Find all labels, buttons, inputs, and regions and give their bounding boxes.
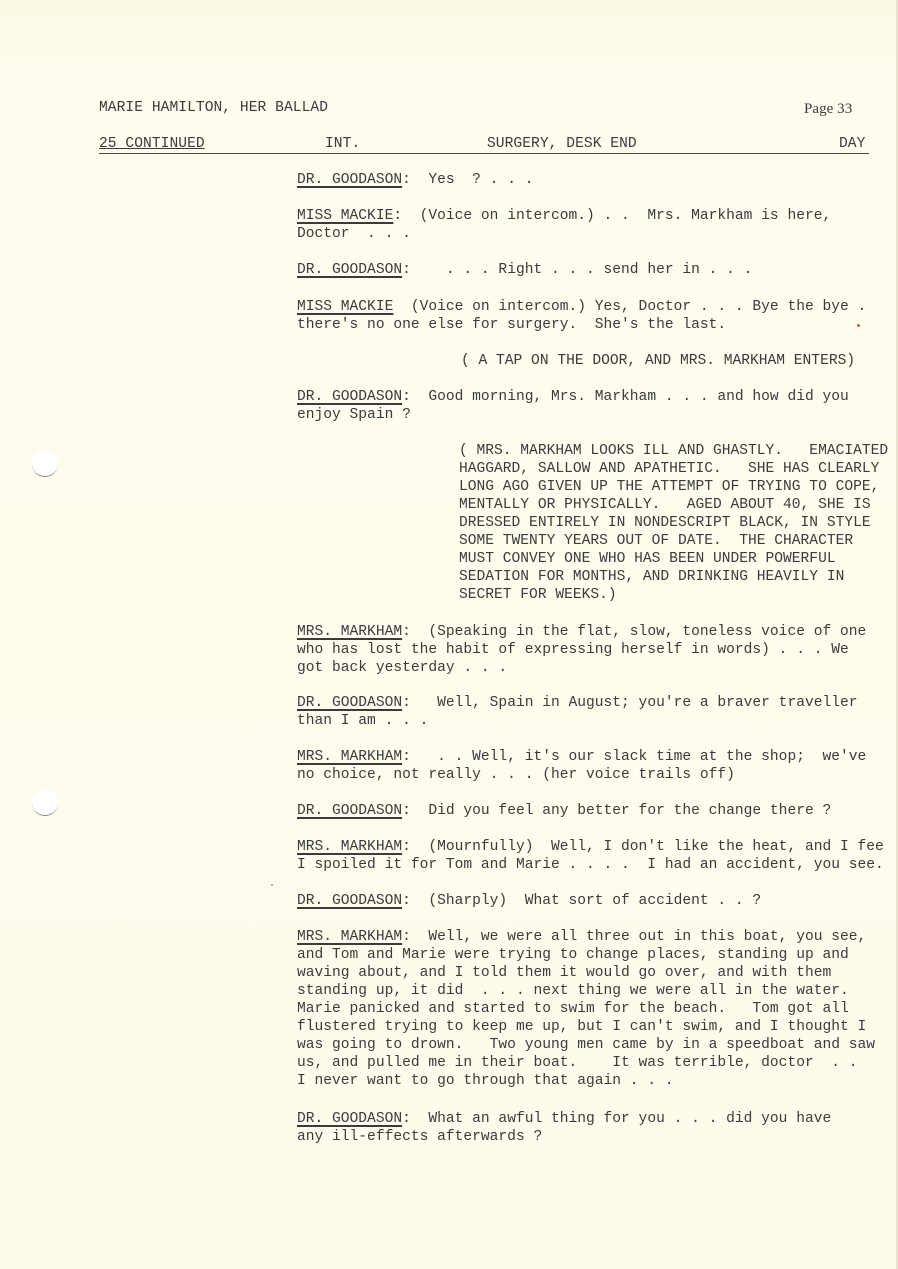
- dialogue-block: DR. GOODASON: Yes ? . . .: [297, 171, 897, 189]
- scene-time: DAY: [839, 135, 865, 153]
- script-page: MARIE HAMILTON, HER BALLAD Page 33 25 CO…: [0, 0, 898, 1269]
- dialogue-block: DR. GOODASON: Did you feel any better fo…: [297, 802, 897, 820]
- dialogue-text: I spoiled it for Tom and Marie . . . . I…: [297, 856, 898, 874]
- dialogue-text: Well, we were all three out in this boat…: [411, 929, 866, 945]
- paper-speck: [857, 324, 860, 327]
- scene-number: 25 CONTINUED: [99, 135, 205, 153]
- dialogue-text: . . . Right . . . send her in . . .: [411, 262, 753, 278]
- speaker-name: DR. GOODASON: [297, 389, 402, 405]
- dialogue-text: standing up, it did . . . next thing we …: [297, 982, 898, 1000]
- speaker-name: DR. GOODASON: [297, 695, 402, 711]
- dialogue-text: Well, Spain in August; you're a braver t…: [411, 695, 858, 711]
- dialogue-block: MISS MACKIE: (Voice on intercom.) . . Mr…: [297, 207, 897, 243]
- dialogue-text: (Sharply) What sort of accident . . ?: [411, 893, 761, 909]
- speaker-name: DR. GOODASON: [297, 893, 402, 909]
- dialogue-text: Yes ? . . .: [411, 172, 534, 188]
- dialogue-text: no choice, not really . . . (her voice t…: [297, 766, 897, 784]
- dialogue-text: flustered trying to keep me up, but I ca…: [297, 1018, 898, 1036]
- speaker-name: MRS. MARKHAM: [297, 749, 402, 765]
- dialogue-block: MRS. MARKHAM: (Speaking in the flat, slo…: [297, 623, 897, 677]
- dialogue-text: . . Well, it's our slack time at the sho…: [411, 749, 866, 765]
- scene-location: SURGERY, DESK END: [487, 135, 637, 153]
- speaker-name: DR. GOODASON: [297, 1111, 402, 1127]
- dialogue-text: (Voice on intercom.) Yes, Doctor . . . B…: [393, 299, 866, 315]
- dialogue-block: MRS. MARKHAM: (Mournfully) Well, I don't…: [297, 838, 898, 874]
- dialogue-text: and Tom and Marie were trying to change …: [297, 946, 898, 964]
- dialogue-text: Did you feel any better for the change t…: [411, 803, 831, 819]
- dialogue-block: MRS. MARKHAM: . . Well, it's our slack t…: [297, 748, 897, 784]
- dialogue-text: Marie panicked and started to swim for t…: [297, 1000, 898, 1018]
- slug-divider: [99, 153, 869, 154]
- dialogue-block: DR. GOODASON: What an awful thing for yo…: [297, 1110, 897, 1146]
- dialogue-text: us, and pulled me in their boat. It was …: [297, 1054, 898, 1072]
- dialogue-block: MISS MACKIE (Voice on intercom.) Yes, Do…: [297, 298, 897, 334]
- dialogue-block: MRS. MARKHAM: Well, we were all three ou…: [297, 928, 898, 1090]
- dialogue-text: (Speaking in the flat, slow, toneless vo…: [411, 624, 866, 640]
- dialogue-text: Doctor . . .: [297, 225, 897, 243]
- dialogue-block: DR. GOODASON: . . . Right . . . send her…: [297, 261, 897, 279]
- dialogue-block: DR. GOODASON: (Sharply) What sort of acc…: [297, 892, 897, 910]
- dialogue-text: than I am . . .: [297, 712, 897, 730]
- speaker-name: MISS MACKIE: [297, 208, 393, 224]
- speaker-name: DR. GOODASON: [297, 262, 402, 278]
- dialogue-text: I never want to go through that again . …: [297, 1072, 898, 1090]
- dialogue-text: (Voice on intercom.) . . Mrs. Markham is…: [402, 208, 831, 224]
- dialogue-text: who has lost the habit of expressing her…: [297, 641, 897, 659]
- dialogue-text: got back yesterday . . .: [297, 659, 897, 677]
- speaker-name: MRS. MARKHAM: [297, 929, 402, 945]
- page-number: Page 33: [804, 100, 852, 118]
- dialogue-text: (Mournfully) Well, I don't like the heat…: [411, 839, 884, 855]
- dialogue-block: DR. GOODASON: Well, Spain in August; you…: [297, 694, 897, 730]
- speaker-name: DR. GOODASON: [297, 172, 402, 188]
- dialogue-text: enjoy Spain ?: [297, 406, 897, 424]
- speaker-name: MISS MACKIE: [297, 299, 393, 315]
- script-title: MARIE HAMILTON, HER BALLAD: [99, 99, 328, 117]
- dialogue-text: waving about, and I told them it would g…: [297, 964, 898, 982]
- dialogue-text: What an awful thing for you . . . did yo…: [411, 1111, 831, 1127]
- punch-hole: [32, 451, 58, 477]
- stage-direction: ( A TAP ON THE DOOR, AND MRS. MARKHAM EN…: [461, 352, 855, 370]
- dialogue-text: any ill-effects afterwards ?: [297, 1128, 897, 1146]
- dialogue-block: DR. GOODASON: Good morning, Mrs. Markham…: [297, 388, 897, 424]
- speaker-name: MRS. MARKHAM: [297, 839, 402, 855]
- dialogue-text: Good morning, Mrs. Markham . . . and how…: [411, 389, 849, 405]
- scene-int-ext: INT.: [325, 135, 360, 153]
- punch-hole: [32, 790, 58, 816]
- dialogue-text: there's no one else for surgery. She's t…: [297, 316, 897, 334]
- speaker-name: DR. GOODASON: [297, 803, 402, 819]
- dialogue-text: was going to drown. Two young men came b…: [297, 1036, 898, 1054]
- speaker-name: MRS. MARKHAM: [297, 624, 402, 640]
- paper-speck: [271, 884, 273, 886]
- character-description: ( MRS. MARKHAM LOOKS ILL AND GHASTLY. EM…: [459, 442, 898, 604]
